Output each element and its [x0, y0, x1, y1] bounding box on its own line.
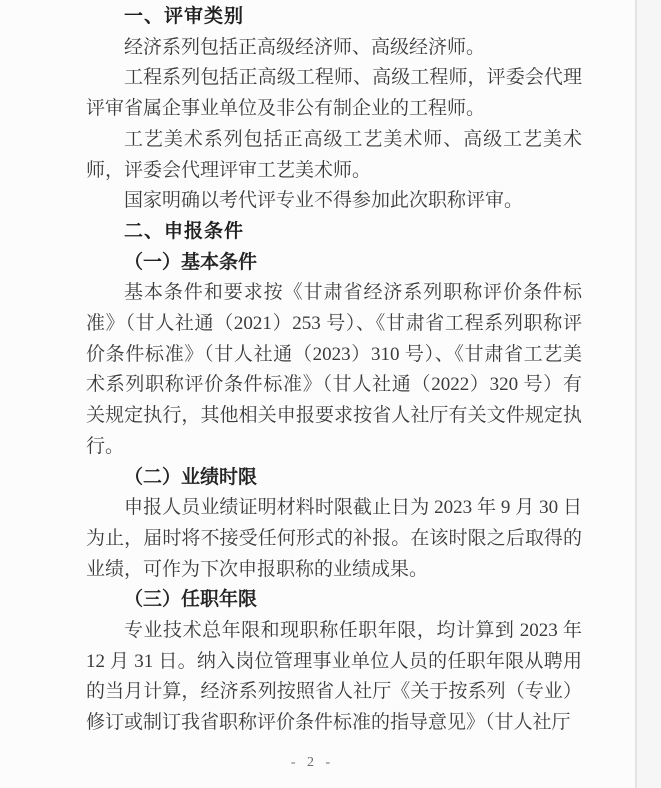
subsection-heading: （三）任职年限 [86, 585, 582, 616]
paragraph: 专业技术总年限和现职称任职年限，均计算到 2023 年 12 月 31 日。纳入… [86, 616, 582, 739]
paragraph: 基本条件和要求按《甘肃省经济系列职称评价条件标准》（甘人社通（2021）253 … [86, 278, 582, 462]
section-heading: 一、评审类别 [86, 2, 582, 33]
paragraph: 经济系列包括正高级经济师、高级经济师。 [86, 33, 582, 64]
section-heading: 二、申报条件 [86, 217, 582, 248]
paragraph: 工程系列包括正高级工程师、高级工程师，评委会代理评审省属企事业单位及非公有制企业… [86, 63, 582, 124]
scan-edge-line [635, 0, 637, 788]
paragraph: 申报人员业绩证明材料时限截止日为 2023 年 9 月 30 日为止，届时将不接… [86, 493, 582, 585]
subsection-heading: （一）基本条件 [86, 248, 582, 279]
paragraph: 工艺美术系列包括正高级工艺美术师、高级工艺美术师，评委会代理评审工艺美术师。 [86, 125, 582, 186]
document-page: 一、评审类别经济系列包括正高级经济师、高级经济师。工程系列包括正高级工程师、高级… [0, 0, 661, 788]
page-number: - 2 - [0, 755, 625, 771]
paragraph: 国家明确以考代评专业不得参加此次职称评审。 [86, 186, 582, 217]
scan-edge-band [635, 0, 661, 788]
subsection-heading: （二）业绩时限 [86, 463, 582, 494]
document-body: 一、评审类别经济系列包括正高级经济师、高级经济师。工程系列包括正高级工程师、高级… [86, 2, 582, 739]
